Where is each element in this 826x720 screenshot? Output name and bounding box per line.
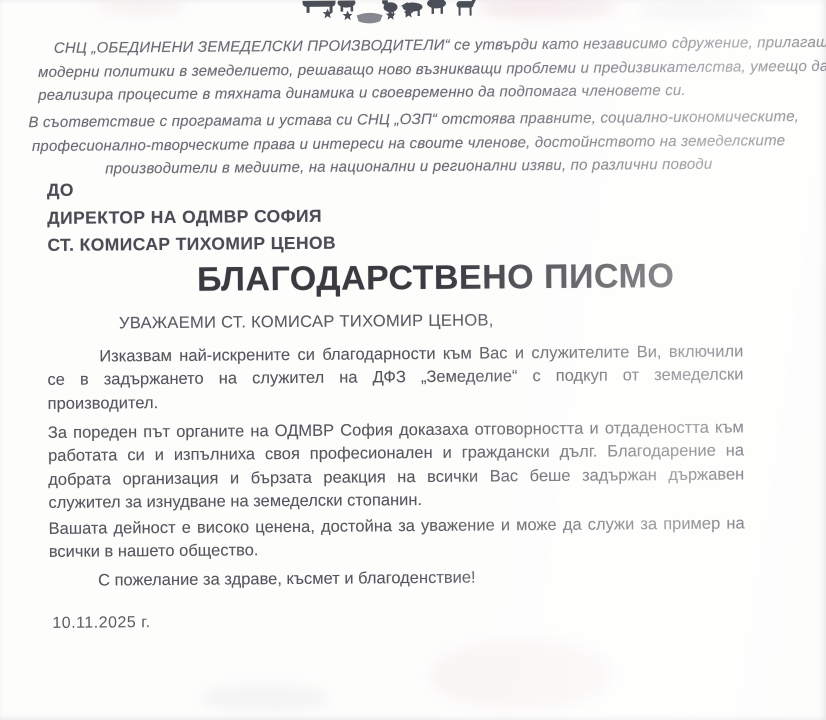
association-logo	[290, 0, 486, 31]
letter-date: 10.11.2025 г.	[52, 614, 150, 633]
horse-icon	[456, 0, 477, 16]
pig-icon	[337, 0, 355, 12]
intro-paragraph-1: СНЦ „ОБЕДИНЕНИ ЗЕМЕДЕЛСКИ ПРОИЗВОДИТЕЛИ“…	[38, 31, 779, 107]
body-line: всички в нашето общество.	[49, 536, 745, 565]
body-line: производител.	[48, 387, 744, 416]
star-icon	[386, 10, 396, 20]
recipient-block: ДО ДИРЕКТОР НА ОДМВР СОФИЯ СТ. КОМИСАР Т…	[47, 175, 336, 260]
recipient-name: СТ. КОМИСАР ТИХОМИР ЦЕНОВ	[47, 230, 336, 260]
star-icon	[343, 11, 353, 21]
body-line: служител за изнудване на земеделски стоп…	[48, 486, 744, 515]
body-paragraph-2: За пореден път органите на ОДМВР София д…	[48, 416, 745, 515]
letter-title: БЛАГОДАРСТВЕНО ПИСМО	[0, 256, 826, 301]
body-paragraph-3: Вашата дейност е високо ценена, достойна…	[49, 512, 745, 564]
logo-graphic	[290, 0, 486, 31]
intro-line: реализира процесите в тяхната динамика и…	[38, 78, 778, 107]
intro-paragraph-2: В съответствие с програмата и устава си …	[28, 105, 789, 181]
closing-line: С пожелание за здраве, късмет и благоден…	[98, 569, 476, 591]
scanned-letter-page: СНЦ „ОБЕДИНЕНИ ЗЕМЕДЕЛСКИ ПРОИЗВОДИТЕЛИ“…	[0, 0, 826, 720]
salutation: УВАЖАЕМИ СТ. КОМИСАР ТИХОМИР ЦЕНОВ,	[119, 311, 494, 333]
cow-icon	[302, 0, 335, 13]
ram-icon	[427, 0, 446, 14]
goat-icon	[401, 2, 423, 16]
recipient-to: ДО	[47, 175, 336, 205]
letter-content: СНЦ „ОБЕДИНЕНИ ЗЕМЕДЕЛСКИ ПРОИЗВОДИТЕЛИ“…	[0, 0, 826, 720]
logo-center-shape	[357, 13, 383, 24]
body-paragraph-1: Изказвам най-искрените си благодарности …	[47, 340, 744, 415]
recipient-position: ДИРЕКТОР НА ОДМВР СОФИЯ	[47, 202, 336, 232]
